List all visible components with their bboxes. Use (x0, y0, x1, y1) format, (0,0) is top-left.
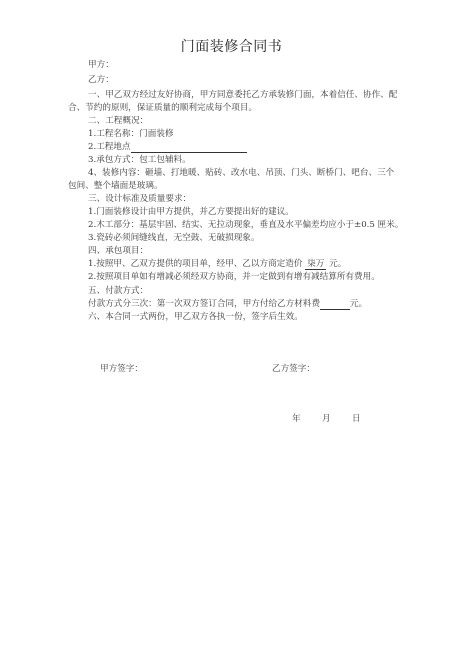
clause-1-line-1: 一、甲乙双方经过友好协商，甲方同意委托乙方承装修门面，本着信任、协作、配 (88, 90, 397, 101)
decoration-content-line-2: 包间、整个墙面是玻璃。 (68, 181, 163, 192)
scope-1-suffix: 元。 (329, 259, 346, 269)
project-name: 1.工程名称：门面装修 (88, 129, 174, 140)
decoration-content-line-1: 4、装修内容：砸墙、打地暖、贴砖、改水电、吊顶、门头、断桥门、吧台、三个 (88, 168, 394, 179)
scope-1: 1.按照甲、乙双方提供的项目单，经甲、乙以方商定造价 柒万 元。 (88, 259, 346, 270)
document-page: 门面装修合同书 甲方： 乙方： 一、甲乙双方经过友好协商，甲方同意委托乙方承装修… (0, 0, 463, 655)
page-title: 门面装修合同书 (0, 36, 463, 56)
party-a-signature-label: 甲方签字： (100, 364, 143, 375)
date-year-label: 年 (292, 414, 301, 425)
scope-2: 2.按照项目单如有增减必须经双方协商，并一定做到有增有减结算所有费用。 (88, 272, 380, 283)
party-b-label: 乙方： (88, 75, 114, 86)
section-6: 六、本合同一式两份，甲乙双方各执一份，签字后生效。 (88, 312, 303, 323)
payment-terms: 付款方式分三次：第一次双方签订合同，甲方付给乙方材料费元。 (88, 299, 367, 310)
payment-amount-blank (320, 300, 350, 310)
date-month-label: 月 (322, 414, 331, 425)
section-4-heading: 四、承包项目： (88, 246, 148, 257)
contract-mode: 3.承包方式：包工包辅料。 (88, 155, 191, 166)
project-location-blank (131, 143, 247, 153)
date-day-label: 日 (352, 414, 361, 425)
standard-1: 1.门面装修设计由甲方提供，并乙方要提出好的建议。 (88, 207, 294, 218)
party-b-signature-label: 乙方签字： (272, 364, 315, 375)
project-location-label: 2.工程地点 (88, 142, 131, 152)
project-location: 2.工程地点 (88, 142, 247, 153)
clause-1-line-2: 合、节约的原则，保证质量的顺利完成每个项目。 (68, 103, 257, 114)
payment-prefix: 付款方式分三次：第一次双方签订合同，甲方付给乙方材料费 (88, 299, 320, 309)
party-a-label: 甲方： (88, 60, 114, 71)
payment-suffix: 元。 (350, 299, 367, 309)
contract-amount: 柒万 (305, 259, 326, 270)
section-3-heading: 三、设计标准及质量要求： (88, 194, 191, 205)
standard-2: 2.木工部分：基层牢固、结实、无拉动现象，垂直及水平偏差均应小于±0.5 匣米。 (88, 220, 403, 231)
scope-1-prefix: 1.按照甲、乙双方提供的项目单，经甲、乙以方商定造价 (88, 259, 302, 269)
section-5-heading: 五、付款方式： (88, 286, 148, 297)
section-2-heading: 二、工程概况： (88, 116, 148, 127)
standard-3: 3.瓷砖必须间缝线直，无空鼓、无破损现象。 (88, 233, 259, 244)
